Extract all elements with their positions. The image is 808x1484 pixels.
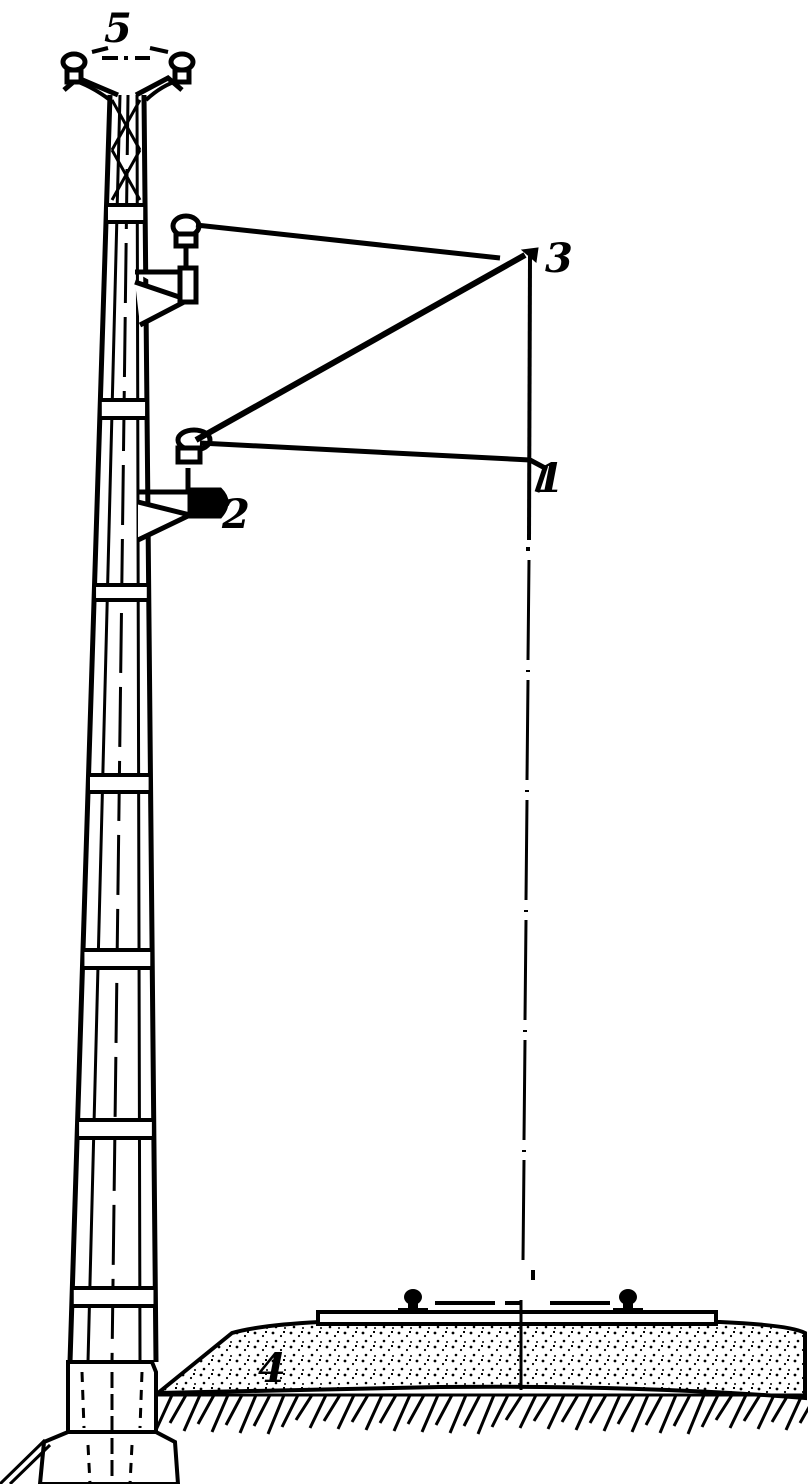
label-3: 3 — [545, 235, 573, 282]
track-embankment — [158, 1289, 805, 1398]
lower-bracket-insulator — [138, 430, 226, 540]
ground-hatching — [155, 1395, 808, 1434]
label-5: 5 — [104, 5, 132, 52]
label-4: 4 — [258, 1345, 286, 1392]
catenary-wires — [196, 225, 545, 1390]
pole-foundation — [0, 1362, 178, 1484]
rail-left — [398, 1289, 428, 1312]
label-1: 1 — [536, 455, 564, 502]
label-2: 2 — [221, 491, 250, 538]
top-feeder-insulators — [63, 48, 193, 100]
catenary-pole-diagram: 5 3 1 2 4 — [0, 0, 808, 1484]
rail-right — [613, 1289, 643, 1312]
